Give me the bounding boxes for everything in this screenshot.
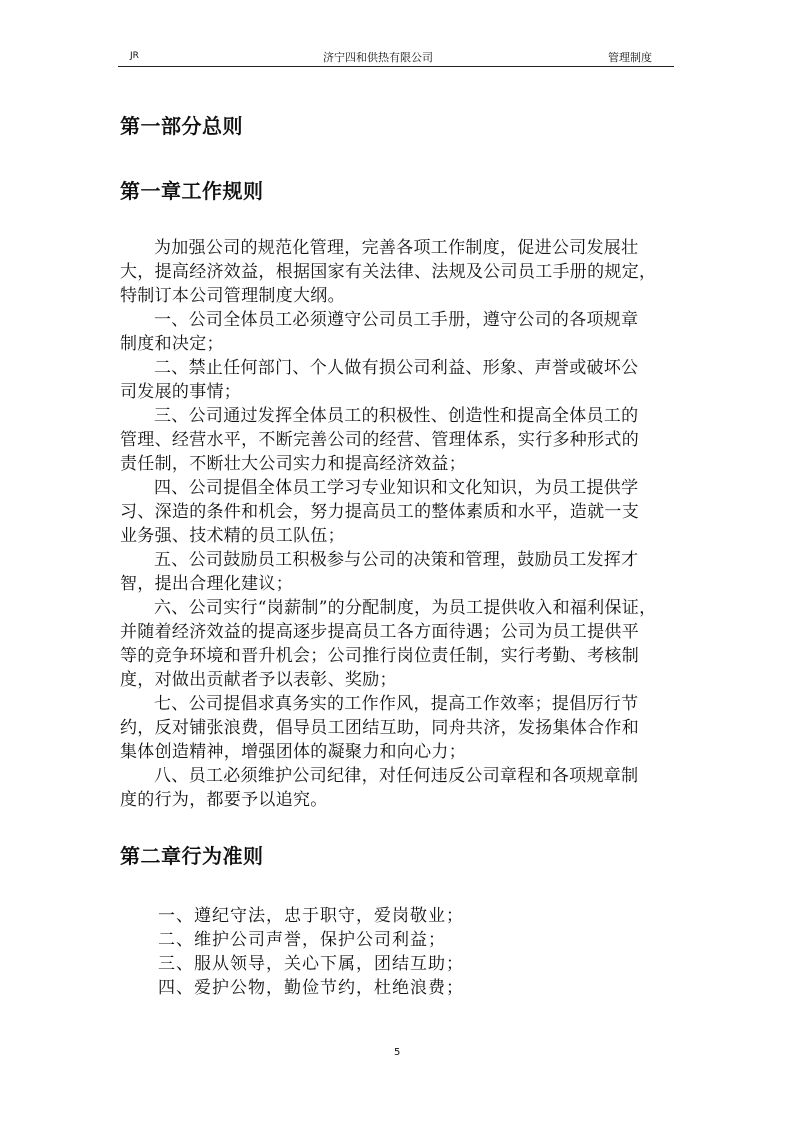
paragraph-line: 智，提出合理化建议； bbox=[120, 572, 680, 596]
paragraph-line: 大，提高经济效益，根据国家有关法律、法规及公司员工手册的规定， bbox=[120, 260, 680, 284]
paragraph-line: 集体创造精神，增强团体的凝聚力和向心力； bbox=[120, 740, 680, 764]
paragraph-line: 六、公司实行“岗薪制”的分配制度，为员工提供收入和福利保证， bbox=[120, 596, 680, 620]
paragraph-line: 四、公司提倡全体员工学习专业知识和文化知识，为员工提供学 bbox=[120, 476, 680, 500]
list-item: 二、维护公司声誉，保护公司利益； bbox=[158, 928, 464, 952]
page-number: 5 bbox=[394, 1047, 400, 1058]
paragraph-line: 业务强、技术精的员工队伍； bbox=[120, 524, 680, 548]
paragraph-line: 五、公司鼓励员工积极参与公司的决策和管理，鼓励员工发挥才 bbox=[120, 548, 680, 572]
header-company-name: 济宁四和供热有限公司 bbox=[323, 49, 433, 65]
part-title: 第一部分总则 bbox=[120, 110, 243, 139]
chapter2-list: 一、遵纪守法，忠于职守，爱岗敬业； 二、维护公司声誉，保护公司利益； 三、服从领… bbox=[158, 904, 464, 1000]
paragraph-line: 七、公司提倡求真务实的工作作风，提高工作效率；提倡厉行节 bbox=[120, 692, 680, 716]
paragraph-line: 度，对做出贡献者予以表彰、奖励； bbox=[120, 668, 680, 692]
paragraph-line: 特制订本公司管理制度大纲。 bbox=[120, 284, 680, 308]
paragraph-line: 等的竞争环境和晋升机会；公司推行岗位责任制，实行考勤、考核制 bbox=[120, 644, 680, 668]
paragraph-line: 约，反对铺张浪费，倡导员工团结互助，同舟共济，发扬集体合作和 bbox=[120, 716, 680, 740]
paragraph-line: 二、禁止任何部门、个人做有损公司利益、形象、声誉或破坏公 bbox=[120, 356, 680, 380]
list-item: 四、爱护公物，勤俭节约，杜绝浪费； bbox=[158, 976, 464, 1000]
header-left-code: JR bbox=[130, 51, 139, 61]
paragraph-line: 制度和决定； bbox=[120, 332, 680, 356]
chapter1-body: 为加强公司的规范化管理，完善各项工作制度，促进公司发展壮 大，提高经济效益，根据… bbox=[120, 236, 680, 812]
paragraph-line: 责任制，不断壮大公司实力和提高经济效益； bbox=[120, 452, 680, 476]
paragraph-line: 度的行为，都要予以追究。 bbox=[120, 788, 680, 812]
paragraph-line: 三、公司通过发挥全体员工的积极性、创造性和提高全体员工的 bbox=[120, 404, 680, 428]
chapter1-title: 第一章工作规则 bbox=[120, 175, 264, 204]
list-item: 三、服从领导，关心下属，团结互助； bbox=[158, 952, 464, 976]
paragraph-line: 为加强公司的规范化管理，完善各项工作制度，促进公司发展壮 bbox=[120, 236, 680, 260]
paragraph-line: 一、公司全体员工必须遵守公司员工手册，遵守公司的各项规章 bbox=[120, 308, 680, 332]
paragraph-line: 管理、经营水平，不断完善公司的经营、管理体系，实行多种形式的 bbox=[120, 428, 680, 452]
paragraph-line: 司发展的事情； bbox=[120, 380, 680, 404]
paragraph-line: 八、员工必须维护公司纪律，对任何违反公司章程和各项规章制 bbox=[120, 764, 680, 788]
paragraph-line: 习、深造的条件和机会，努力提高员工的整体素质和水平，造就一支 bbox=[120, 500, 680, 524]
chapter2-title: 第二章行为准则 bbox=[120, 840, 264, 869]
list-item: 一、遵纪守法，忠于职守，爱岗敬业； bbox=[158, 904, 464, 928]
page-header: JR 济宁四和供热有限公司 管理制度 bbox=[118, 48, 674, 67]
header-doc-type: 管理制度 bbox=[608, 49, 652, 65]
paragraph-line: 并随着经济效益的提高逐步提高员工各方面待遇；公司为员工提供平 bbox=[120, 620, 680, 644]
